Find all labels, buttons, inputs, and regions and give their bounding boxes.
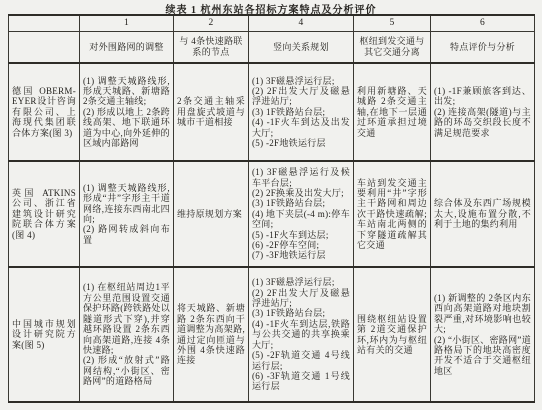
- cell-scheme-name: 英国 ATKINS公司、浙江省建筑设计研究院联合体方案(图 4): [9, 161, 80, 267]
- cell-expressway-nodes: 维持原规划方案: [174, 161, 249, 267]
- column-number-2: 2: [174, 15, 249, 31]
- scheme-comparison-table: 1 2 4 5 6 对外围路网的调整 与 4条快速路联系的节点 竖向关系规划 枢…: [8, 14, 535, 403]
- column-number-1: 1: [80, 15, 174, 31]
- column-number-5: 5: [354, 15, 431, 31]
- column-number-6: 6: [431, 15, 535, 31]
- cell-vertical-plan: (1) 3F磁悬浮运行层; (2) 2F出发大厅及磁悬浮进站厅; (3) 1F铁…: [249, 267, 354, 402]
- column-number-4: 4: [249, 15, 354, 31]
- header-title-row: 对外围路网的调整 与 4条快速路联系的节点 竖向关系规划 枢纽到发交通与其它交通…: [9, 31, 535, 63]
- table-row-oberm-eyer: 德国 OBERM-EYER设计咨询有限公司、上海现代集团联合体方案(图 3) (…: [9, 63, 535, 161]
- cell-vertical-plan: (1) 3F磁悬浮运行及候车平台层; (2) 2F换乘及出发大厅; (3) 1F…: [249, 161, 354, 267]
- cell-scheme-name: 中国城市规划设计研究院方案(图 5): [9, 267, 80, 402]
- cell-evaluation: (1) -1F兼顾旅客到达、出发; (2) 连接高架(隧道)与主路的环岛交织段长…: [431, 63, 535, 161]
- column-title-vertical-plan: 竖向关系规划: [249, 31, 354, 63]
- header-number-row: 1 2 4 5 6: [9, 15, 535, 31]
- column-title-expressway-nodes: 与 4条快速路联系的节点: [174, 31, 249, 63]
- cell-evaluation: (1) 新调整的 2条区内东西向高架道路对地块割裂严重,对环境影响也较大; (2…: [431, 267, 535, 402]
- cell-expressway-nodes: 2条交通主轴采用盘旋式坡道与城市干道相接: [174, 63, 249, 161]
- cell-vertical-plan: (1) 3F磁悬浮运行层; (2) 2F出发大厅及磁悬浮进站厅; (3) 1F铁…: [249, 63, 354, 161]
- cell-traffic-separation: 车站到发交通主要利用“井”字形主干路网和周边次干路快速疏解;车站南北两侧的下穿隧…: [354, 161, 431, 267]
- corner-cell-2: [9, 31, 80, 63]
- cell-expressway-nodes: 将天城路、新塘路 2条东西向干道调整为高架路,通过定向匝道与外围 4条快速路连接: [174, 267, 249, 402]
- cell-traffic-separation: 围绕枢纽站设置第 2道交通保护环,环内为与枢纽站有关的交通: [354, 267, 431, 402]
- cell-outer-network: (1) 调整天城路线形,形成“井”字形主干道网络,连接东西南北四向; (2) 路…: [80, 161, 174, 267]
- cell-outer-network: (1) 在枢纽站周边1平方公里范围设置交通保护环路(跨铁路处以隧道形式下穿),并…: [80, 267, 174, 402]
- table-row-caupd: 中国城市规划设计研究院方案(图 5) (1) 在枢纽站周边1平方公里范围设置交通…: [9, 267, 535, 402]
- cell-outer-network: (1) 调整天城路线形,形成天城路、新塘路 2条交通主轴线; (2) 形成以地上…: [80, 63, 174, 161]
- column-title-outer-network: 对外围路网的调整: [80, 31, 174, 63]
- scanned-paper-page: { "page": { "title": "续表 1 杭州东站各招标方案特点及分…: [0, 0, 542, 410]
- column-title-evaluation: 特点评价与分析: [431, 31, 535, 63]
- corner-cell: [9, 15, 80, 31]
- column-title-traffic-separation: 枢纽到发交通与其它交通分离: [354, 31, 431, 63]
- cell-traffic-separation: 利用新塘路、天城路 2条交通主轴,在地下一层通过环道承担过境交通: [354, 63, 431, 161]
- cell-evaluation: 综合体及东西广场规模太大,设施布置分散,不利于土地的集约利用: [431, 161, 535, 267]
- table-row-atkins: 英国 ATKINS公司、浙江省建筑设计研究院联合体方案(图 4) (1) 调整天…: [9, 161, 535, 267]
- cell-scheme-name: 德国 OBERM-EYER设计咨询有限公司、上海现代集团联合体方案(图 3): [9, 63, 80, 161]
